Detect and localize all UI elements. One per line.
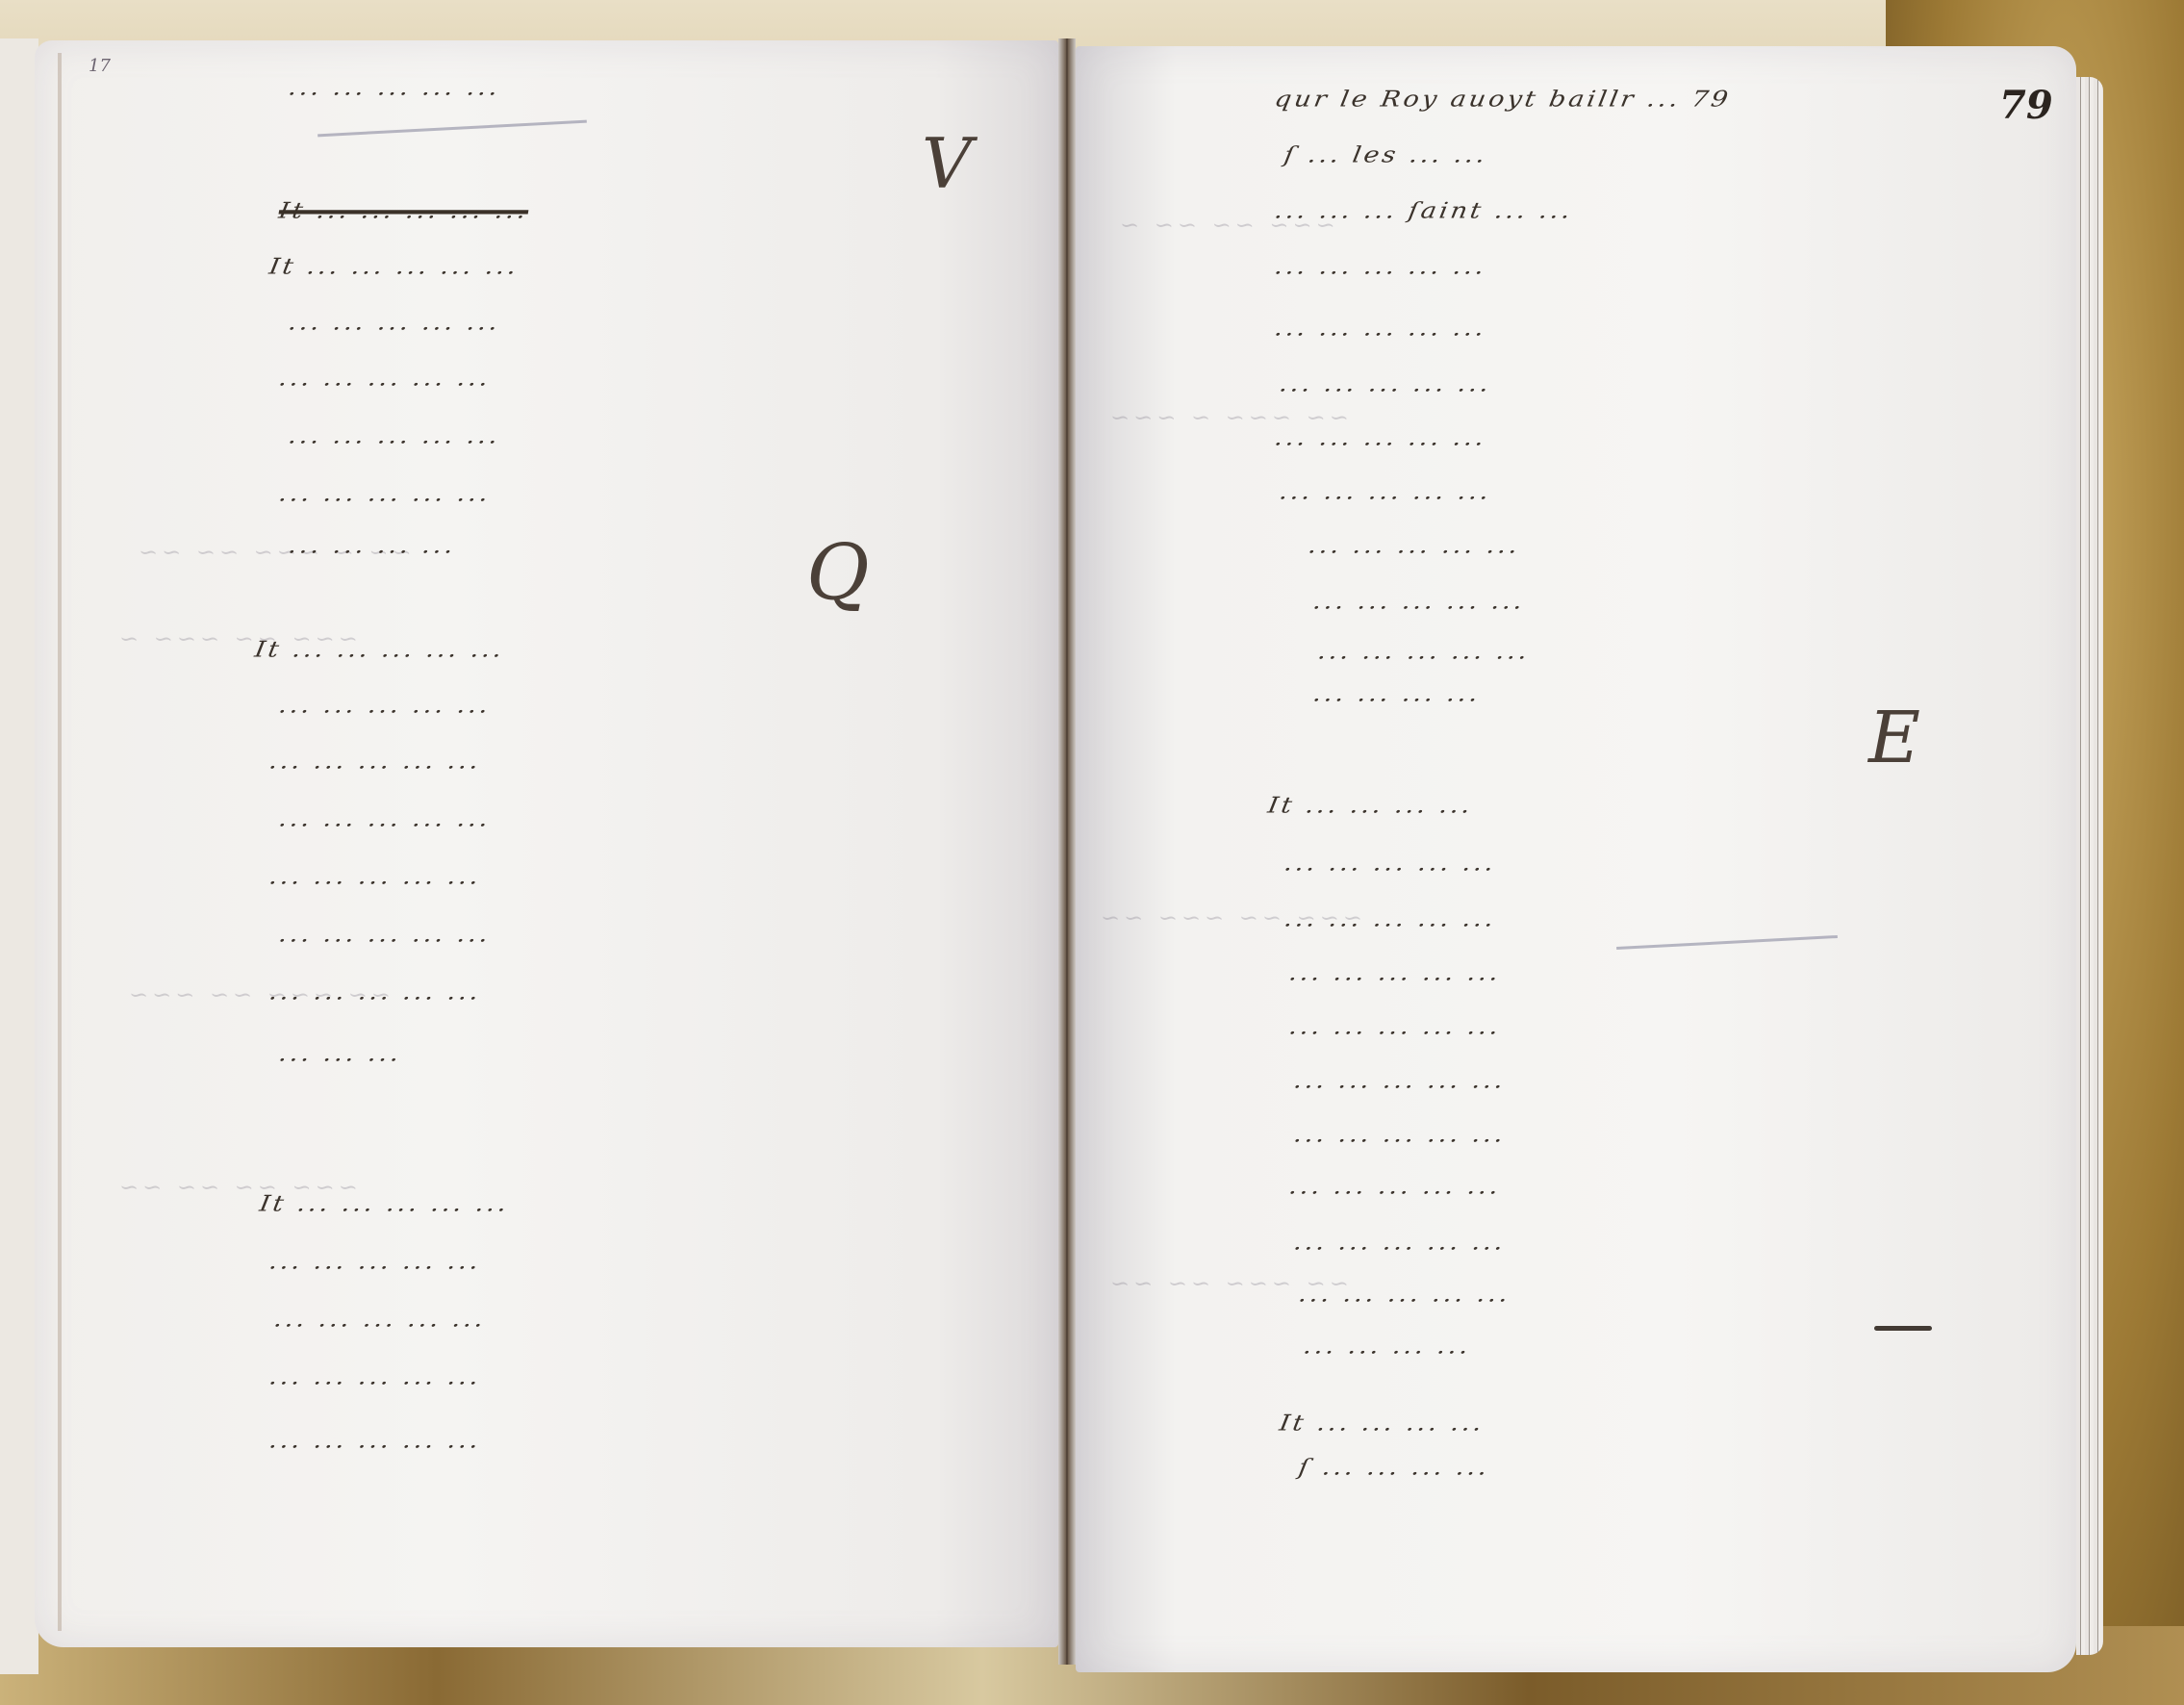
left-page — [35, 40, 1058, 1647]
manuscript-line: It ... ... ... ... — [1278, 1411, 1486, 1436]
previous-leaf-edge — [0, 38, 38, 1674]
manuscript-line: qur le Roy auoyt baillr ... 79 — [1273, 87, 1733, 112]
manuscript-line: ... ... ... ... ... — [267, 864, 483, 889]
manuscript-line: ... ... ... ... ... — [1307, 533, 1522, 558]
manuscript-line: ... ... ... ... — [1311, 681, 1483, 706]
manuscript-line: ... ... ... ... ... — [1282, 906, 1498, 931]
manuscript-line: ... ... ... ... ... — [287, 423, 502, 448]
manuscript-line: ... ... ... ... ... — [277, 693, 493, 718]
manuscript-line: ... ... ... ... ... — [1311, 589, 1527, 614]
manuscript-line: ... ... ... ... ... — [1287, 1174, 1503, 1199]
manuscript-line: ... ... ... ... ... — [277, 806, 493, 831]
manuscript-line: ... ... ... ſaint ... ... — [1273, 198, 1575, 223]
manuscript-line: ... ... ... ... ... — [277, 366, 493, 391]
manuscript-line: ſ ... ... ... ... — [1297, 1455, 1492, 1480]
manuscript-line: ... ... ... ... — [1302, 1334, 1473, 1359]
manuscript-line: ... ... ... ... ... — [1287, 960, 1503, 985]
manuscript-line: ... ... ... ... ... — [277, 481, 493, 506]
manuscript-line: ... ... ... ... ... — [1278, 371, 1493, 396]
manuscript-line: ... ... ... ... ... — [267, 1364, 483, 1389]
manuscript-line: ... ... ... ... ... — [267, 1428, 483, 1453]
closing-flourish — [1874, 1326, 1932, 1331]
struck-out-line: It ... ... ... ... ... — [277, 198, 531, 223]
manuscript-line: It ... ... ... ... — [1266, 793, 1475, 818]
right-page — [1076, 46, 2076, 1672]
manuscript-line: It ... ... ... ... ... — [258, 1191, 512, 1216]
manuscript-line: ... ... ... ... ... — [272, 1307, 488, 1332]
left-page-fold-crease — [58, 53, 62, 1631]
manuscript-line: ... ... ... ... ... — [267, 1249, 483, 1274]
marginal-letter-q: Q — [806, 527, 870, 617]
manuscript-line: ... ... ... ... ... — [1273, 254, 1488, 279]
manuscript-line: ſ ... les ... ... — [1282, 142, 1489, 167]
page-edge-stack — [2076, 77, 2103, 1655]
manuscript-line: ... ... ... ... ... — [1273, 425, 1488, 450]
manuscript-line: ... ... ... ... ... — [1278, 479, 1493, 504]
book-gutter — [1058, 38, 1076, 1665]
manuscript-line: It ... ... ... ... ... — [267, 254, 521, 279]
manuscript-line: ... ... ... ... ... — [1287, 1014, 1503, 1039]
manuscript-line: ... ... ... ... ... — [1297, 1282, 1512, 1307]
manuscript-line: ... ... ... ... ... — [277, 922, 493, 947]
manuscript-line: ... ... ... ... ... — [287, 75, 502, 100]
manuscript-line: ... ... ... ... ... — [1282, 851, 1498, 876]
manuscript-line: ... ... ... ... ... — [1292, 1068, 1508, 1093]
corner-mark: 17 — [89, 56, 111, 76]
marginal-letter-v: V — [922, 123, 972, 204]
manuscript-line: ... ... ... — [277, 1041, 404, 1066]
manuscript-line: ... ... ... ... ... — [1316, 639, 1532, 664]
manuscript-line: ... ... ... ... — [287, 533, 458, 558]
folio-number: 79 — [1999, 83, 2053, 128]
manuscript-line: ... ... ... ... ... — [1292, 1122, 1508, 1147]
manuscript-line: ... ... ... ... ... — [1292, 1230, 1508, 1255]
manuscript-line: It ... ... ... ... ... — [253, 637, 507, 662]
manuscript-line: ... ... ... ... ... — [1273, 316, 1488, 341]
marginal-letter-e: E — [1868, 697, 1920, 779]
manuscript-line: ... ... ... ... ... — [287, 310, 502, 335]
manuscript-line: ... ... ... ... ... — [267, 980, 483, 1005]
manuscript-line: ... ... ... ... ... — [267, 749, 483, 774]
